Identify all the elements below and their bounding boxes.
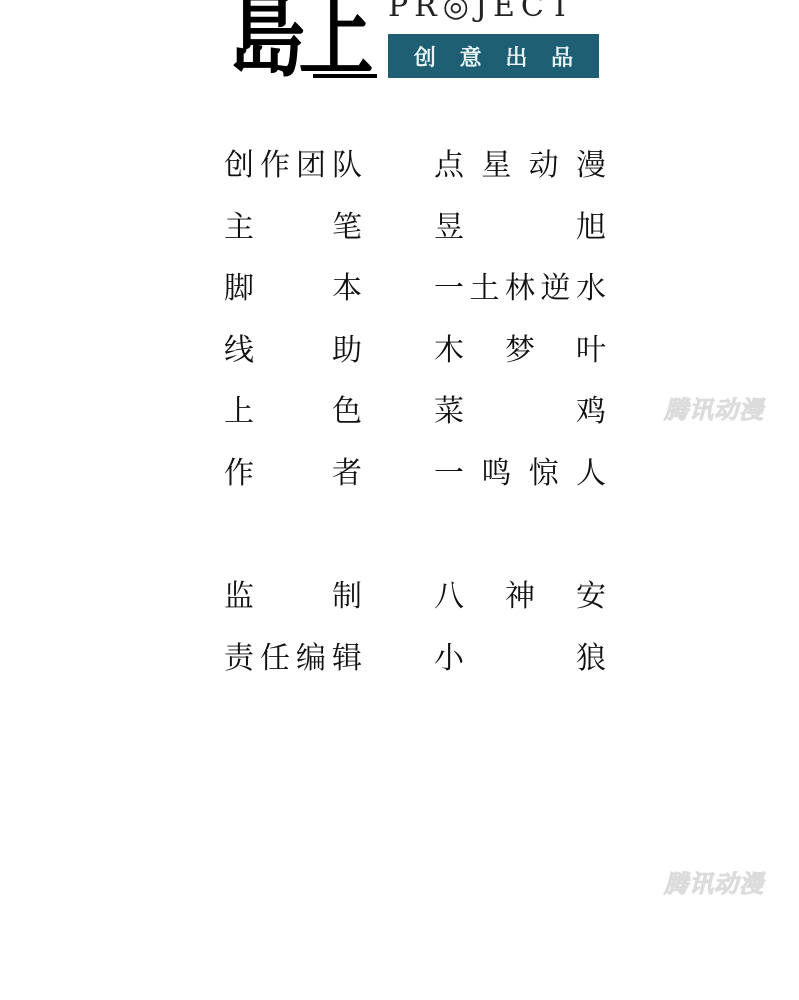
credit-role: 创作团队: [224, 146, 362, 186]
name-char: 安: [576, 577, 606, 617]
name-char: 梦: [505, 331, 535, 371]
role-char: 主: [224, 208, 254, 248]
role-char: 监: [224, 577, 254, 617]
role-char: 编: [296, 639, 326, 679]
name-char: 一: [434, 454, 464, 494]
credit-role: 主笔: [224, 208, 362, 248]
name-char: 一: [434, 269, 464, 309]
credit-row-editor: 责任编辑 小狼: [224, 639, 614, 701]
credit-role: 脚本: [224, 269, 362, 309]
credit-name: 小狼: [434, 639, 606, 679]
credit-row-script: 脚本 一土林逆水: [224, 269, 614, 331]
role-char: 制: [332, 577, 362, 617]
logo-project-text: PR◎JECT: [388, 0, 576, 22]
credit-row-line-assist: 线助 木梦叶: [224, 331, 614, 393]
role-char: 线: [224, 331, 254, 371]
role-char: 辑: [332, 639, 362, 679]
name-char: 人: [576, 454, 606, 494]
name-char: 叶: [576, 331, 606, 371]
name-char: 星: [481, 146, 511, 186]
name-char: 鸣: [481, 454, 511, 494]
role-char: 作: [224, 454, 254, 494]
name-char: 神: [505, 577, 535, 617]
banner-char: 创: [414, 41, 436, 72]
name-char: 逆: [541, 269, 571, 309]
name-char: 鸡: [576, 392, 606, 432]
name-char: 八: [434, 577, 464, 617]
name-char: 惊: [529, 454, 559, 494]
banner-char: 品: [551, 41, 573, 72]
name-char: 漫: [576, 146, 606, 186]
role-char: 者: [332, 454, 362, 494]
credit-row-team: 创作团队 点星动漫: [224, 146, 614, 208]
role-char: 团: [296, 146, 326, 186]
credit-name: 一鸣惊人: [434, 454, 606, 494]
role-char: 脚: [224, 269, 254, 309]
credit-row-lead-artist: 主笔 昱旭: [224, 208, 614, 270]
credit-name: 一土林逆水: [434, 269, 606, 309]
credit-name: 点星动漫: [434, 146, 606, 186]
credit-role: 上色: [224, 392, 362, 432]
credit-name: 八神安: [434, 577, 606, 617]
name-char: 动: [529, 146, 559, 186]
name-char: 土: [470, 269, 500, 309]
name-char: 点: [434, 146, 464, 186]
name-char: 水: [576, 269, 606, 309]
credit-role: 线助: [224, 331, 362, 371]
credit-row-supervisor: 监制 八神安: [224, 577, 614, 639]
role-char: 队: [332, 146, 362, 186]
credit-name: 菜鸡: [434, 392, 606, 432]
credit-name: 木梦叶: [434, 331, 606, 371]
watermark-tencent-comics: 腾讯动漫: [664, 869, 790, 899]
role-char: 任: [260, 639, 290, 679]
banner-char: 出: [505, 41, 527, 72]
name-char: 菜: [434, 392, 464, 432]
credit-role: 作者: [224, 454, 362, 494]
logo-glyph: 島上: [230, 0, 367, 82]
credit-row-coloring: 上色 菜鸡: [224, 392, 614, 454]
role-char: 助: [332, 331, 362, 371]
banner-char: 意: [460, 41, 482, 72]
name-char: 旭: [576, 208, 606, 248]
name-char: 林: [505, 269, 535, 309]
role-char: 责: [224, 639, 254, 679]
watermark-tencent-comics: 腾讯动漫: [664, 395, 790, 425]
role-char: 创: [224, 146, 254, 186]
role-char: 本: [332, 269, 362, 309]
role-char: 作: [260, 146, 290, 186]
studio-logo: 島上 PR◎JECT 创 意 出 品: [230, 0, 610, 86]
name-char: 昱: [434, 208, 464, 248]
role-char: 色: [332, 392, 362, 432]
credit-name: 昱旭: [434, 208, 606, 248]
credit-role: 监制: [224, 577, 362, 617]
name-char: 狼: [576, 639, 606, 679]
credit-role: 责任编辑: [224, 639, 362, 679]
logo-underline: [313, 74, 377, 78]
credit-row-author: 作者 一鸣惊人: [224, 454, 614, 516]
name-char: 木: [434, 331, 464, 371]
name-char: 小: [434, 639, 464, 679]
role-char: 笔: [332, 208, 362, 248]
credits-list: 创作团队 点星动漫 主笔 昱旭 脚本 一土林逆水 线助 木梦叶 上色: [224, 146, 614, 700]
role-char: 上: [224, 392, 254, 432]
logo-banner: 创 意 出 品: [388, 34, 599, 78]
